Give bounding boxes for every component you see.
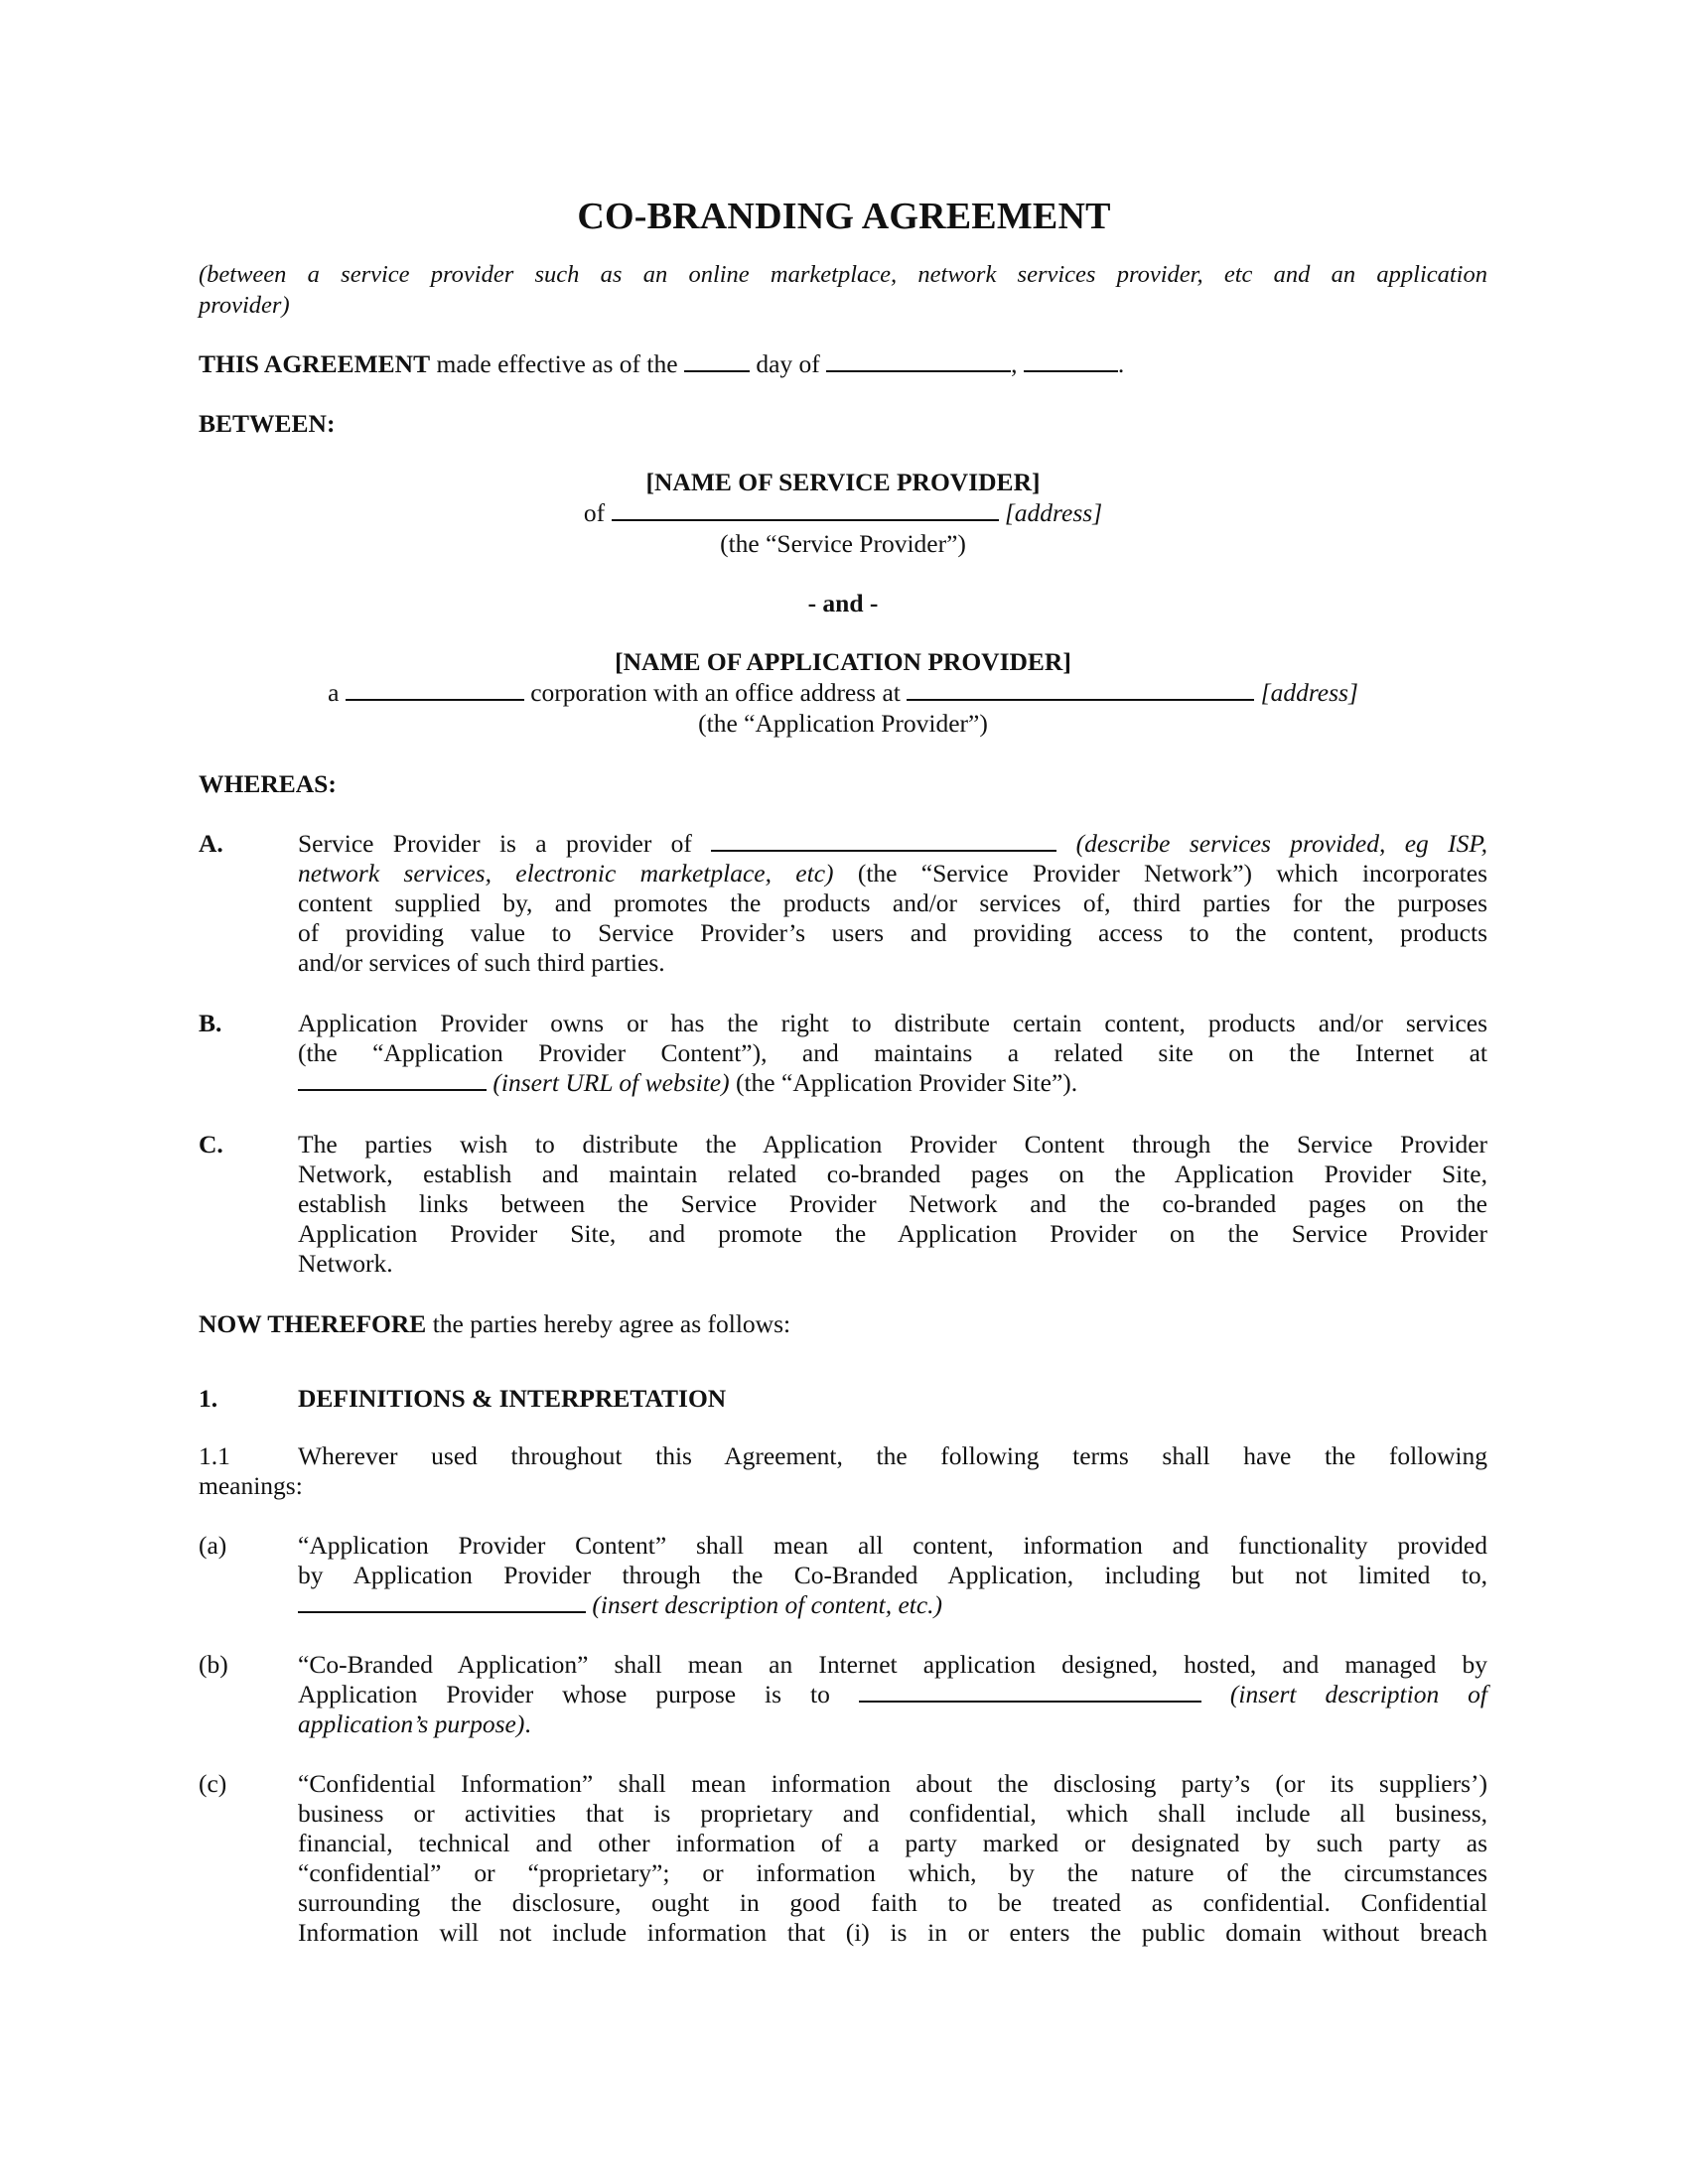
service-provider-address-blank[interactable] xyxy=(612,499,999,521)
day-blank[interactable] xyxy=(684,350,750,372)
recital-a-line-5: and/or services of such third parties. xyxy=(298,948,1487,978)
document-page: CO-BRANDING AGREEMENT (between a service… xyxy=(0,0,1688,2184)
now-therefore-line: NOW THEREFORE the parties hereby agree a… xyxy=(199,1309,790,1339)
definition-a-line-2: by Application Provider through the Co-B… xyxy=(298,1561,1487,1590)
recital-c-line-3: establish links between the Service Prov… xyxy=(298,1189,1487,1219)
definition-c-line-1: “Confidential Information” shall mean in… xyxy=(298,1769,1487,1799)
recital-a-line-3: content supplied by, and promotes the pr… xyxy=(298,888,1487,918)
intro-comma: , xyxy=(1011,349,1017,378)
intro-text-2: day of xyxy=(756,349,819,378)
application-provider-name: [NAME OF APPLICATION PROVIDER] xyxy=(199,647,1487,677)
text: (the “Application Provider Site”). xyxy=(736,1068,1077,1097)
application-provider-address-blank[interactable] xyxy=(907,679,1254,701)
url-blank[interactable] xyxy=(298,1069,487,1091)
whereas-label: WHEREAS: xyxy=(199,769,337,799)
month-blank[interactable] xyxy=(826,350,1011,372)
text: Application Provider whose purpose is to xyxy=(298,1680,830,1708)
year-blank[interactable] xyxy=(1024,350,1118,372)
and-separator: - and - xyxy=(199,589,1487,618)
content-description-blank[interactable] xyxy=(298,1591,586,1613)
recital-c-line-5: Network. xyxy=(298,1249,1487,1279)
application-provider-address-line: a corporation with an office address at … xyxy=(199,678,1487,708)
definition-a-line-3: (insert description of content, etc.) xyxy=(298,1590,1487,1620)
definition-a-line-1: “Application Provider Content” shall mea… xyxy=(298,1531,1487,1561)
text: . xyxy=(524,1709,530,1738)
now-therefore-text: the parties hereby agree as follows: xyxy=(433,1309,790,1338)
intro-period: . xyxy=(1118,349,1124,378)
definition-c-label: (c) xyxy=(199,1769,226,1799)
definition-a-label: (a) xyxy=(199,1531,226,1561)
document-title: CO-BRANDING AGREEMENT xyxy=(0,195,1688,238)
definition-c-line-5: surrounding the disclosure, ought in goo… xyxy=(298,1888,1487,1918)
hint: (insert description of content, etc.) xyxy=(592,1590,942,1619)
recital-b-line-3: (insert URL of website) (the “Applicatio… xyxy=(298,1068,1487,1098)
a-label: a xyxy=(328,678,339,707)
definition-b-line-1: “Co-Branded Application” shall mean an I… xyxy=(298,1650,1487,1680)
definition-b-line-2: Application Provider whose purpose is to… xyxy=(298,1680,1487,1709)
definition-c-line-6: Information will not include information… xyxy=(298,1918,1487,1948)
recital-a-line-2: network services, electronic marketplace… xyxy=(298,859,1487,888)
definition-c-line-4: “confidential” or “proprietary”; or info… xyxy=(298,1858,1487,1888)
subtitle-line-1: (between a service provider such as an o… xyxy=(199,260,1487,290)
recital-c-line-2: Network, establish and maintain related … xyxy=(298,1160,1487,1189)
service-provider-defined: (the “Service Provider”) xyxy=(199,529,1487,559)
intro-line: THIS AGREEMENT made effective as of the … xyxy=(199,349,1124,379)
recital-c-line-4: Application Provider Site, and promote t… xyxy=(298,1219,1487,1249)
hint: application’s purpose) xyxy=(298,1709,524,1738)
hint: (describe services provided, eg ISP, xyxy=(1076,829,1487,858)
recital-a-line-4: of providing value to Service Provider’s… xyxy=(298,918,1487,948)
services-blank[interactable] xyxy=(711,830,1056,852)
recital-c-label: C. xyxy=(199,1130,223,1160)
recital-b-line-2: (the “Application Provider Content”), an… xyxy=(298,1038,1487,1068)
recital-b-label: B. xyxy=(199,1009,221,1038)
recital-a-line-1: Service Provider is a provider of (descr… xyxy=(298,829,1487,859)
section-1-number: 1. xyxy=(199,1384,217,1414)
clause-1-1-line-2: meanings: xyxy=(199,1471,1487,1501)
recital-b-line-1: Application Provider owns or has the rig… xyxy=(298,1009,1487,1038)
definition-c-line-3: financial, technical and other informati… xyxy=(298,1829,1487,1858)
recital-a-label: A. xyxy=(199,829,223,859)
definition-b-line-3: application’s purpose). xyxy=(298,1709,1487,1739)
service-provider-name: [NAME OF SERVICE PROVIDER] xyxy=(199,468,1487,497)
section-1-heading: DEFINITIONS & INTERPRETATION xyxy=(298,1384,726,1414)
now-therefore-bold: NOW THEREFORE xyxy=(199,1309,426,1338)
address-hint: [address] xyxy=(1005,498,1102,527)
subtitle-line-2: provider) xyxy=(199,291,1487,321)
definition-c-line-2: business or activities that is proprieta… xyxy=(298,1799,1487,1829)
address-hint: [address] xyxy=(1261,678,1358,707)
intro-text-1: made effective as of the xyxy=(436,349,677,378)
application-provider-defined: (the “Application Provider”) xyxy=(199,709,1487,739)
hint: (insert URL of website) xyxy=(492,1068,729,1097)
corp-text: corporation with an office address at xyxy=(530,678,901,707)
clause-1-1-number: 1.1 xyxy=(199,1441,230,1471)
between-label: BETWEEN: xyxy=(199,409,335,439)
of-label: of xyxy=(584,498,605,527)
recital-c-line-1: The parties wish to distribute the Appli… xyxy=(298,1130,1487,1160)
hint: network services, electronic marketplace… xyxy=(298,859,834,887)
jurisdiction-blank[interactable] xyxy=(346,679,524,701)
text: (the “Service Provider Network”) which i… xyxy=(858,859,1487,887)
clause-1-1-line-1: Wherever used throughout this Agreement,… xyxy=(298,1441,1487,1471)
purpose-blank[interactable] xyxy=(859,1681,1201,1703)
text: Service Provider is a provider of xyxy=(298,829,692,858)
service-provider-address-line: of [address] xyxy=(199,498,1487,528)
definition-b-label: (b) xyxy=(199,1650,228,1680)
intro-lead: THIS AGREEMENT xyxy=(199,349,430,378)
hint: (insert description of xyxy=(1230,1680,1487,1708)
